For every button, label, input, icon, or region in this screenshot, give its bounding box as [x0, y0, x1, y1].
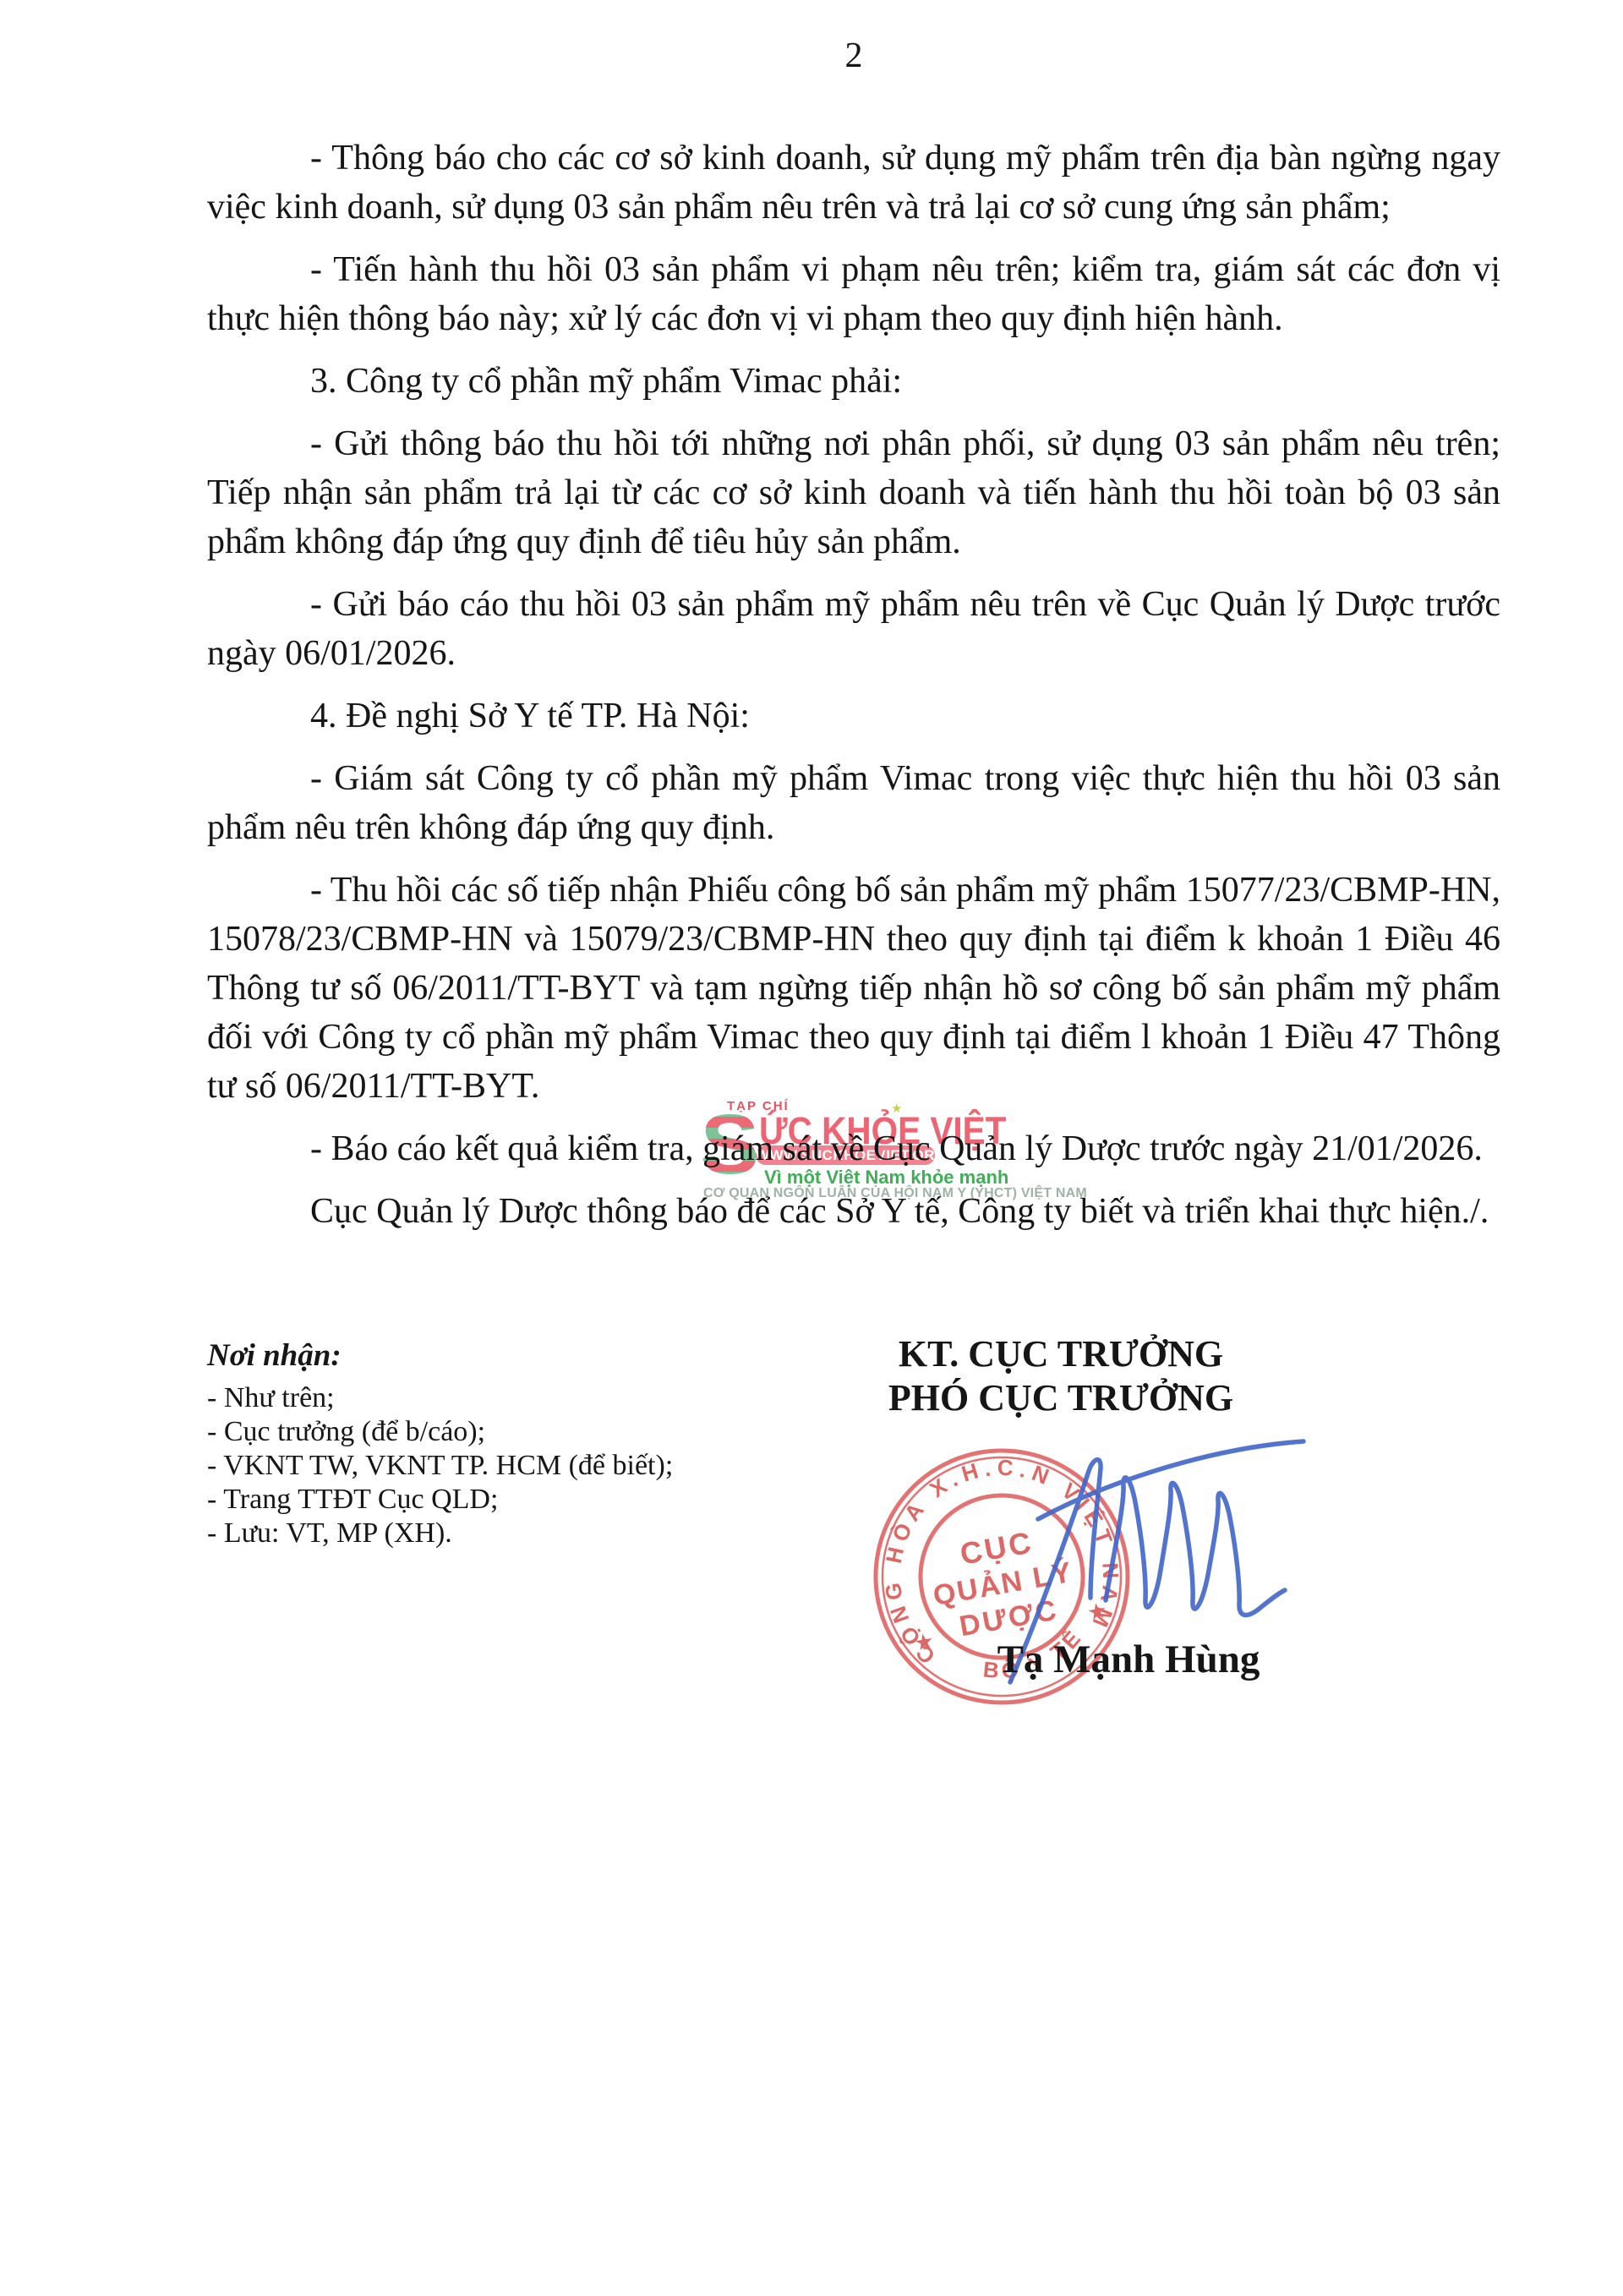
body-paragraph-1: - Thông báo cho các cơ sở kinh doanh, sử…	[207, 134, 1500, 232]
recipient-item: - Cục trưởng (để b/cáo);	[207, 1415, 673, 1449]
body-paragraph-2: - Tiến hành thu hồi 03 sản phẩm vi phạm …	[207, 245, 1500, 343]
signer-name: Tạ Mạnh Hùng	[930, 1637, 1327, 1682]
signature-title-block: KT. CỤC TRƯỞNG PHÓ CỤC TRƯỞNG	[828, 1332, 1293, 1420]
body-paragraph-6: 4. Đề nghị Sở Y tế TP. Hà Nội:	[207, 692, 1500, 741]
signer-role-line2: PHÓ CỤC TRƯỞNG	[828, 1376, 1293, 1420]
signer-role-line1: KT. CỤC TRƯỞNG	[828, 1332, 1293, 1376]
recipient-item: - Như trên;	[207, 1381, 673, 1415]
body-paragraph-3: 3. Công ty cổ phần mỹ phẩm Vimac phải:	[207, 357, 1500, 406]
recipient-item: - Trang TTĐT Cục QLD;	[207, 1483, 673, 1517]
page-number: 2	[207, 36, 1500, 76]
body-paragraph-8: - Thu hồi các số tiếp nhận Phiếu công bố…	[207, 866, 1500, 1111]
body-paragraph-9: - Báo cáo kết quả kiểm tra, giám sát về …	[207, 1124, 1500, 1173]
body-paragraph-5: - Gửi báo cáo thu hồi 03 sản phẩm mỹ phẩ…	[207, 580, 1500, 678]
body-paragraph-4: - Gửi thông báo thu hồi tới những nơi ph…	[207, 419, 1500, 566]
body-paragraph-7: - Giám sát Công ty cổ phần mỹ phẩm Vimac…	[207, 754, 1500, 852]
body-paragraph-10: Cục Quản lý Dược thông báo để các Sở Y t…	[207, 1187, 1500, 1236]
recipients-block: Nơi nhận: - Như trên; - Cục trưởng (để b…	[207, 1337, 673, 1550]
recipients-heading: Nơi nhận:	[207, 1337, 673, 1374]
document-page: 2 TẠP CHÍ S ỨC KHỎE VIỆT ★ WWW.SUCKHOEVI…	[0, 0, 1623, 2296]
document-body: - Thông báo cho các cơ sở kinh doanh, sử…	[207, 134, 1500, 1249]
recipient-item: - Lưu: VT, MP (XH).	[207, 1517, 673, 1550]
recipient-item: - VKNT TW, VKNT TP. HCM (để biết);	[207, 1449, 673, 1483]
